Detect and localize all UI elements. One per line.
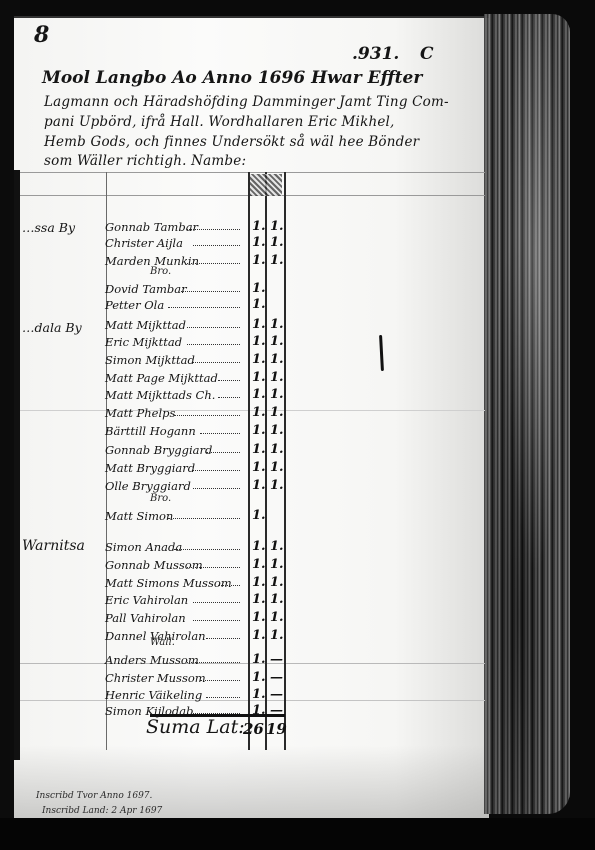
person-name: Matt Page Mijkttad [105,371,218,385]
book-edge-shading [484,14,570,814]
count-col1: 1. [252,297,266,312]
leader-dots [200,433,241,434]
count-col2: 1. [270,370,284,385]
leader-dots [218,380,240,381]
sum-col1: 26 [243,720,264,738]
person-name: Matt Mijkttads Ch. [105,388,215,402]
leader-dots [206,452,240,453]
person-name: Olle Bryggiard [105,479,191,493]
person-name: Gonnab Tambar [105,220,198,234]
header-line-4: Hemb Gods, och finnes Undersökt så wäl h… [44,134,419,150]
count-col1: 1. [252,592,266,607]
count-col1: 1. [252,387,266,402]
count-col1: 1. [252,370,266,385]
leader-dots [187,344,240,345]
column-header-mark [250,174,282,196]
count-col1: 1. [252,460,266,475]
person-name: Gonnab Bryggiard [105,443,212,457]
count-col2: 1. [270,460,284,475]
count-col1: 1. [252,628,266,643]
leader-dots [187,327,240,328]
person-name: Matt Simon [105,509,173,523]
count-col2: — [270,670,283,685]
leader-dots [206,638,240,639]
leader-dots [200,680,241,681]
count-col2: 1. [270,387,284,402]
person-name: Petter Ola [105,298,164,312]
person-name: Christer Mussom [105,671,206,685]
leader-dots [206,697,240,698]
count-col1: 1. [252,281,266,296]
leader-dots [174,415,240,416]
count-col2: 1. [270,539,284,554]
village-label: …ssa By [22,220,75,235]
count-col1: 1. [252,334,266,349]
leader-dots [174,549,240,550]
count-col2: 1. [270,334,284,349]
count-col2: 1. [270,235,284,250]
count-col1: 1. [252,670,266,685]
leader-dots [193,470,240,471]
leader-dots [193,620,240,621]
count-col1: 1. [252,539,266,554]
count-col1: 1. [252,478,266,493]
person-name: Simon Anada [105,540,182,554]
leader-dots [187,567,240,568]
leader-dots [218,585,240,586]
entry-note: Bro. [150,493,171,504]
count-col1: 1. [252,442,266,457]
count-col1: 1. [252,652,266,667]
count-col2: 1. [270,423,284,438]
person-name: Dovid Tambar [105,282,187,296]
count-col1: 1. [252,575,266,590]
person-name: Bärttill Hogann [105,424,196,438]
village-label: …dala By [22,320,82,335]
count-col1: 1. [252,687,266,702]
person-name: Matt Phelps [105,406,175,420]
count-col2: — [270,687,283,702]
count-col1: 1. [252,235,266,250]
count-col2: 1. [270,352,284,367]
count-col2: 1. [270,219,284,234]
leader-dots [193,488,240,489]
count-col2: 1. [270,628,284,643]
sum-col2: 19 [266,720,287,738]
person-name: Anders Mussom [105,653,199,667]
count-col2: 1. [270,575,284,590]
count-col2: 1. [270,253,284,268]
entry-note: Bro. [150,266,171,277]
person-name: Eric Vahirolan [105,593,188,607]
count-col2: 1. [270,557,284,572]
count-col2: 1. [270,405,284,420]
person-name: Matt Simons Mussom [105,576,232,590]
leader-dots [187,662,240,663]
count-col2: 1. [270,317,284,332]
header-line-3: pani Upbörd, ifrå Hall. Wordhallaren Eri… [44,114,395,130]
count-col2: 1. [270,610,284,625]
person-name: Simon Mijkttad [105,353,195,367]
corner-mark: 8 [34,22,49,48]
leader-dots [218,397,240,398]
count-col1: 1. [252,253,266,268]
header-line-2: Lagmann och Häradshöfding Damminger Jamt… [44,94,449,110]
leader-dots [193,362,240,363]
count-col1: 1. [252,508,266,523]
binding-shadow [14,170,20,760]
leader-dots [168,518,240,519]
count-col1: 1. [252,352,266,367]
count-col2: 1. [270,592,284,607]
count-col1: 1. [252,317,266,332]
count-col1: 1. [252,423,266,438]
person-name: Pall Vahirolan [105,611,186,625]
person-name: Matt Bryggiard [105,461,195,475]
person-name: Christer Aijla [105,236,183,250]
person-name: Eric Mijkttad [105,335,182,349]
folio-suffix: C [420,44,434,64]
footnote-1: Inscribd Tvor Anno 1697. [36,791,152,801]
ledger-top-rule [20,172,485,173]
folio-number: .931. [352,44,399,64]
count-col1: 1. [252,557,266,572]
leader-dots [193,602,240,603]
leader-dots [168,307,240,308]
person-name: Gonnab Mussom [105,558,203,572]
leader-dots [187,229,240,230]
header-line-5: som Wäller richtigh. Nambe: [44,153,246,169]
person-name: Henric Väikeling [105,688,202,702]
village-label: Warnitsa [22,538,85,554]
count-col2: — [270,652,283,667]
entry-note: Wall. [150,637,175,648]
count-col2: 1. [270,442,284,457]
scan-bottom-border [0,818,595,850]
leader-dots [193,245,240,246]
count-col1: 1. [252,610,266,625]
header-line-1: Mool Langbo Ao Anno 1696 Hwar Effter [42,68,422,88]
leader-dots [181,291,240,292]
count-col1: 1. [252,405,266,420]
count-col1: 1. [252,219,266,234]
sum-label: Suma Lat: [146,716,245,738]
footnote-2: Inscribd Land: 2 Apr 1697 [42,806,162,816]
count-col2: 1. [270,478,284,493]
leader-dots [187,263,240,264]
person-name: Matt Mijkttad [105,318,186,332]
